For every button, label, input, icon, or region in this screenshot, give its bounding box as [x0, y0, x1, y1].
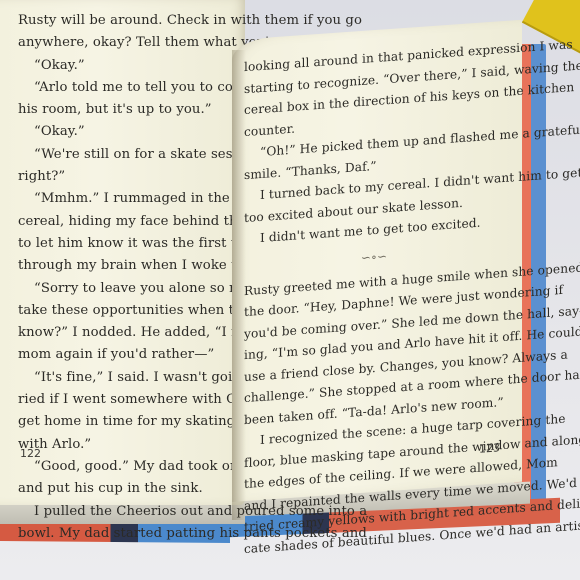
right-page-section-1: looking all around in that panicked expr… — [244, 39, 504, 251]
page-number-left: 122 — [20, 447, 41, 460]
text-line: “Good, good.” My dad took one last gulp … — [18, 456, 240, 478]
text-line: “We're still on for a skate sesh when I … — [18, 144, 240, 166]
text-line: with Arlo.” — [18, 434, 240, 456]
text-line: bowl. My dad started patting his pants p… — [18, 523, 240, 545]
text-line: “Arlo told me to tell you to come and he… — [18, 77, 240, 99]
right-page-text: looking all around in that panicked expr… — [244, 39, 504, 560]
text-line: I pulled the Cheerios out and poured som… — [18, 501, 240, 523]
text-line: “Okay.” — [18, 121, 240, 143]
text-line: get home in time for my skating lesson. … — [18, 411, 240, 433]
text-line: cereal, hiding my face behind the door. … — [18, 211, 240, 233]
text-line: to let him know it was the first thought… — [18, 233, 240, 255]
page-number-right: 123 — [479, 441, 500, 455]
text-line: right?” — [18, 166, 240, 188]
text-line: through my brain when I woke up. — [18, 255, 240, 277]
text-line: ried if I went somewhere with Grandma, w… — [18, 389, 240, 411]
text-line: “Sorry to leave you alone so much. I jus… — [18, 278, 240, 300]
right-page-section-2: Rusty greeted me with a huge smile when … — [244, 262, 504, 560]
left-page-text: Rusty will be around. Check in with them… — [18, 10, 240, 545]
left-page: Rusty will be around. Check in with them… — [0, 0, 245, 505]
text-line: “Mmhm.” I rummaged in the cupboard for s… — [18, 188, 240, 210]
text-line: anywhere, okay? Tell them what you're up… — [18, 32, 240, 54]
text-line: Rusty will be around. Check in with them… — [18, 10, 240, 32]
text-line: “It's fine,” I said. I wasn't going to a… — [18, 367, 240, 389]
text-line: mom again if you'd rather—” — [18, 344, 240, 366]
text-line: his room, but it's up to you.” — [18, 99, 240, 121]
text-line: “Okay.” — [18, 55, 240, 77]
right-page: looking all around in that panicked expr… — [232, 20, 522, 502]
text-line: know?” I nodded. He added, “I mean, I co… — [18, 322, 240, 344]
book-gutter — [232, 50, 246, 520]
text-line: and put his cup in the sink. — [18, 478, 240, 500]
text-line: take these opportunities when they come … — [18, 300, 240, 322]
